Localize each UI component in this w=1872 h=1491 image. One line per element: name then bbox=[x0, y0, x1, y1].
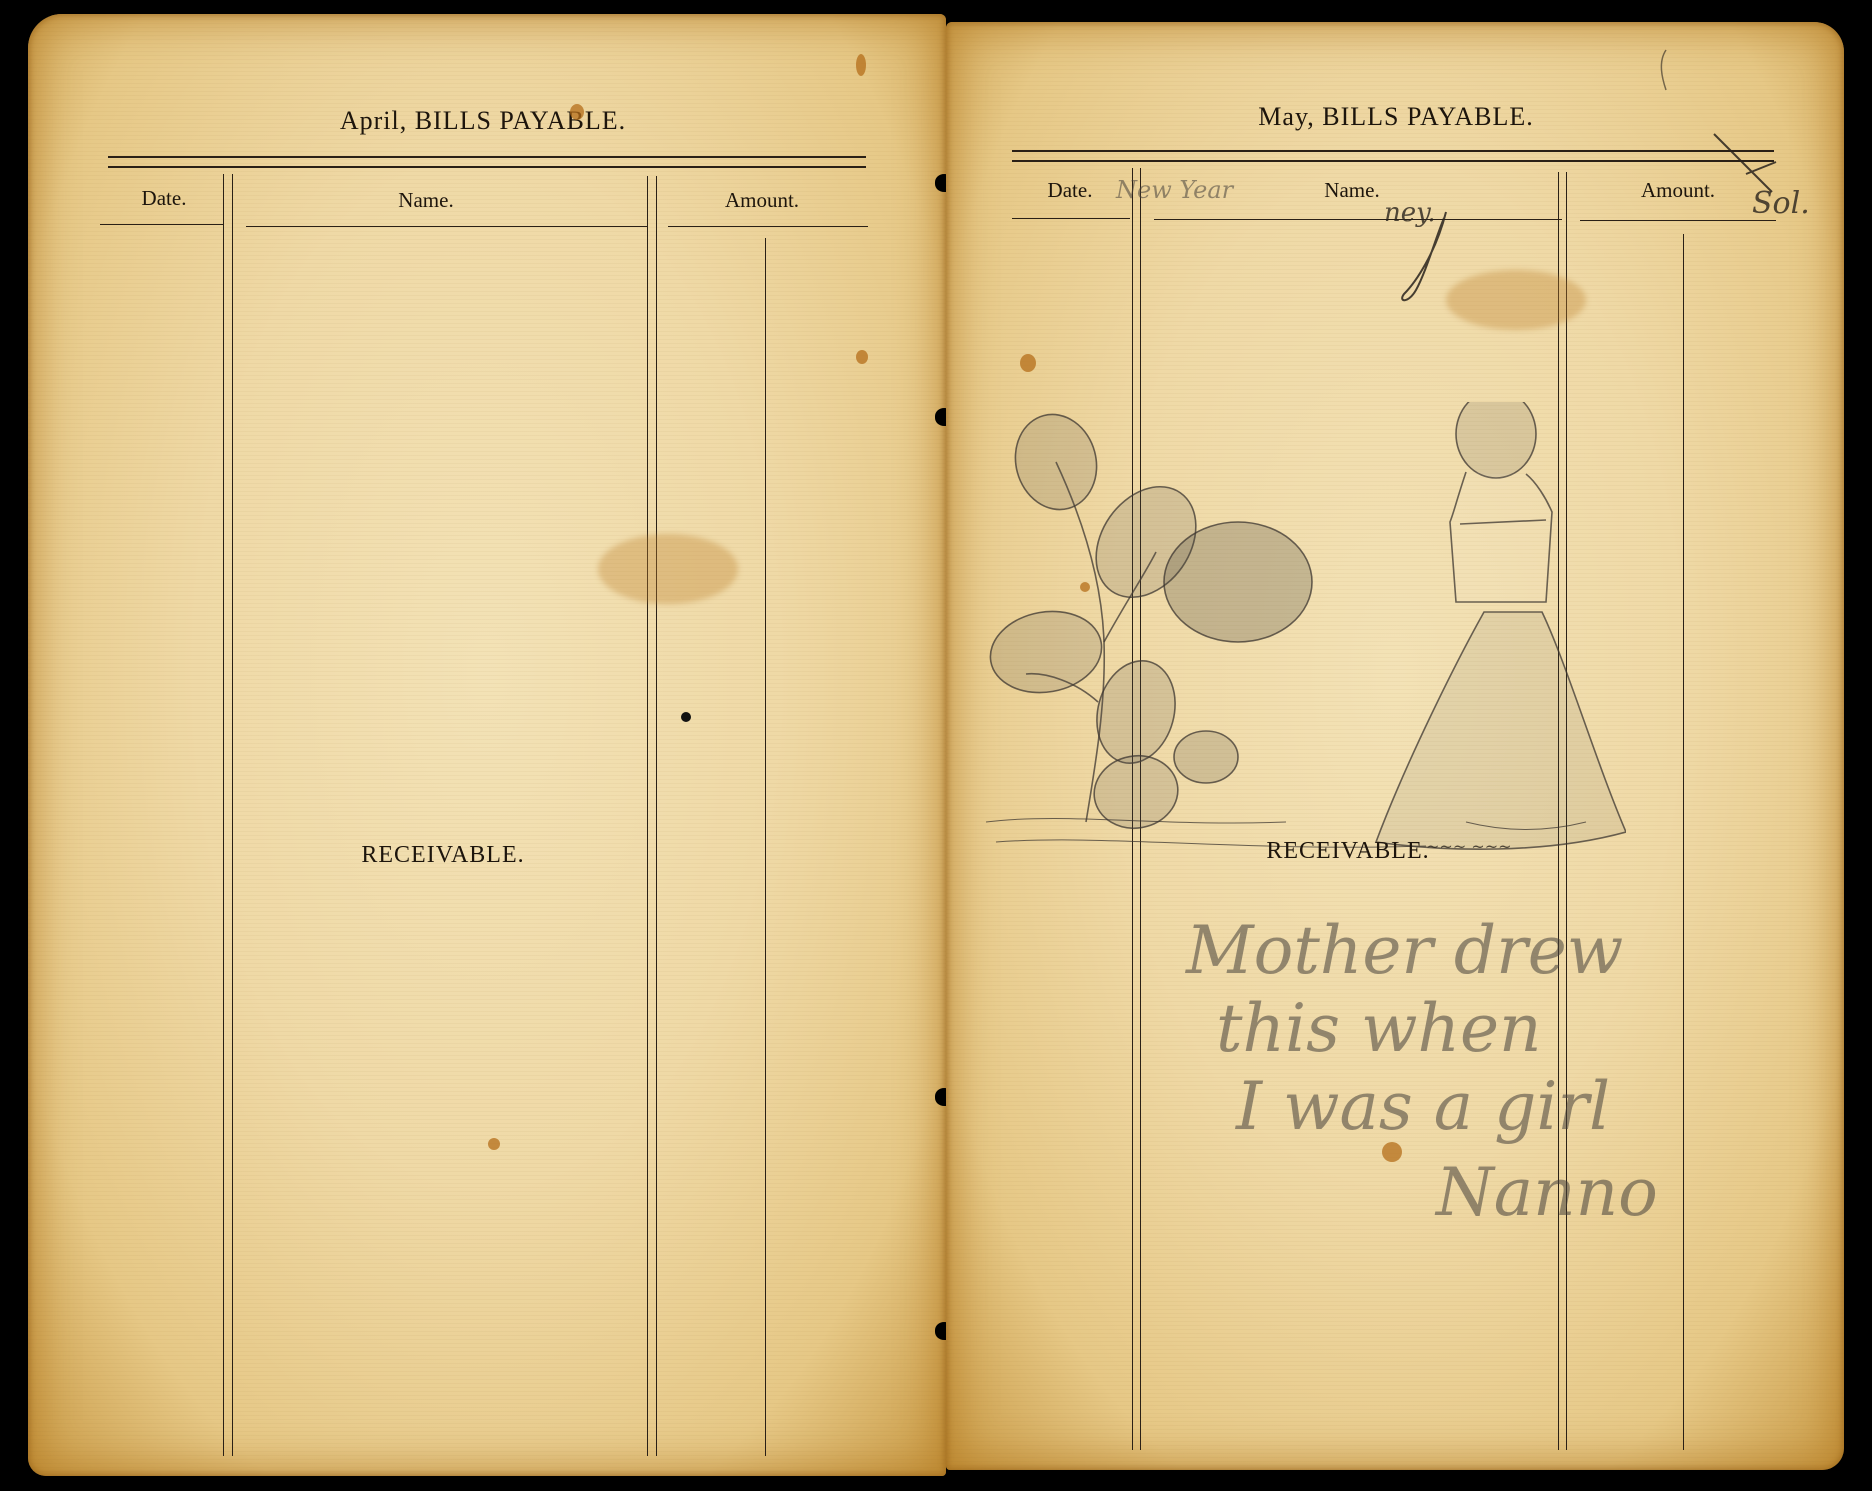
sketch-signature: ~~~ ~~~ bbox=[1426, 837, 1512, 856]
column-divider bbox=[656, 176, 657, 1456]
stain bbox=[488, 1138, 500, 1150]
date-underline bbox=[100, 224, 224, 225]
column-divider bbox=[232, 174, 233, 1456]
receivable-label: RECEIVABLE. bbox=[361, 842, 524, 869]
cents-divider bbox=[765, 238, 766, 1456]
header-rule-top bbox=[108, 156, 866, 158]
inscription-line-1: Mother drew bbox=[1186, 912, 1623, 989]
right-ledger-page: May, BILLS PAYABLE. Date. Name. Amount. … bbox=[946, 22, 1844, 1470]
column-header-name: Name. bbox=[398, 188, 453, 213]
stain bbox=[1446, 270, 1586, 330]
left-ledger-page: April, BILLS PAYABLE. Date. Name. Amount… bbox=[28, 14, 946, 1476]
cents-divider bbox=[1683, 234, 1684, 1450]
column-divider bbox=[647, 176, 648, 1456]
stain bbox=[1080, 582, 1090, 592]
stain bbox=[1382, 1142, 1402, 1162]
amount-underline bbox=[668, 226, 868, 227]
inscription-signature: Nanno bbox=[1436, 1154, 1658, 1231]
name-underline bbox=[246, 226, 648, 227]
stain bbox=[1020, 354, 1036, 372]
stain bbox=[856, 54, 866, 76]
stain bbox=[856, 350, 868, 364]
inscription-line-3: I was a girl bbox=[1236, 1068, 1610, 1145]
inscription-line-2: this when bbox=[1216, 990, 1542, 1067]
pencil-stroke-icon bbox=[946, 22, 1844, 342]
column-header-date: Date. bbox=[142, 186, 187, 211]
stain bbox=[681, 712, 691, 722]
column-header-amount: Amount. bbox=[725, 188, 799, 213]
receivable-label: RECEIVABLE. bbox=[1266, 838, 1429, 865]
header-rule-bottom bbox=[108, 166, 866, 168]
column-divider bbox=[223, 174, 224, 1456]
stain bbox=[598, 534, 738, 604]
stain bbox=[570, 104, 584, 120]
